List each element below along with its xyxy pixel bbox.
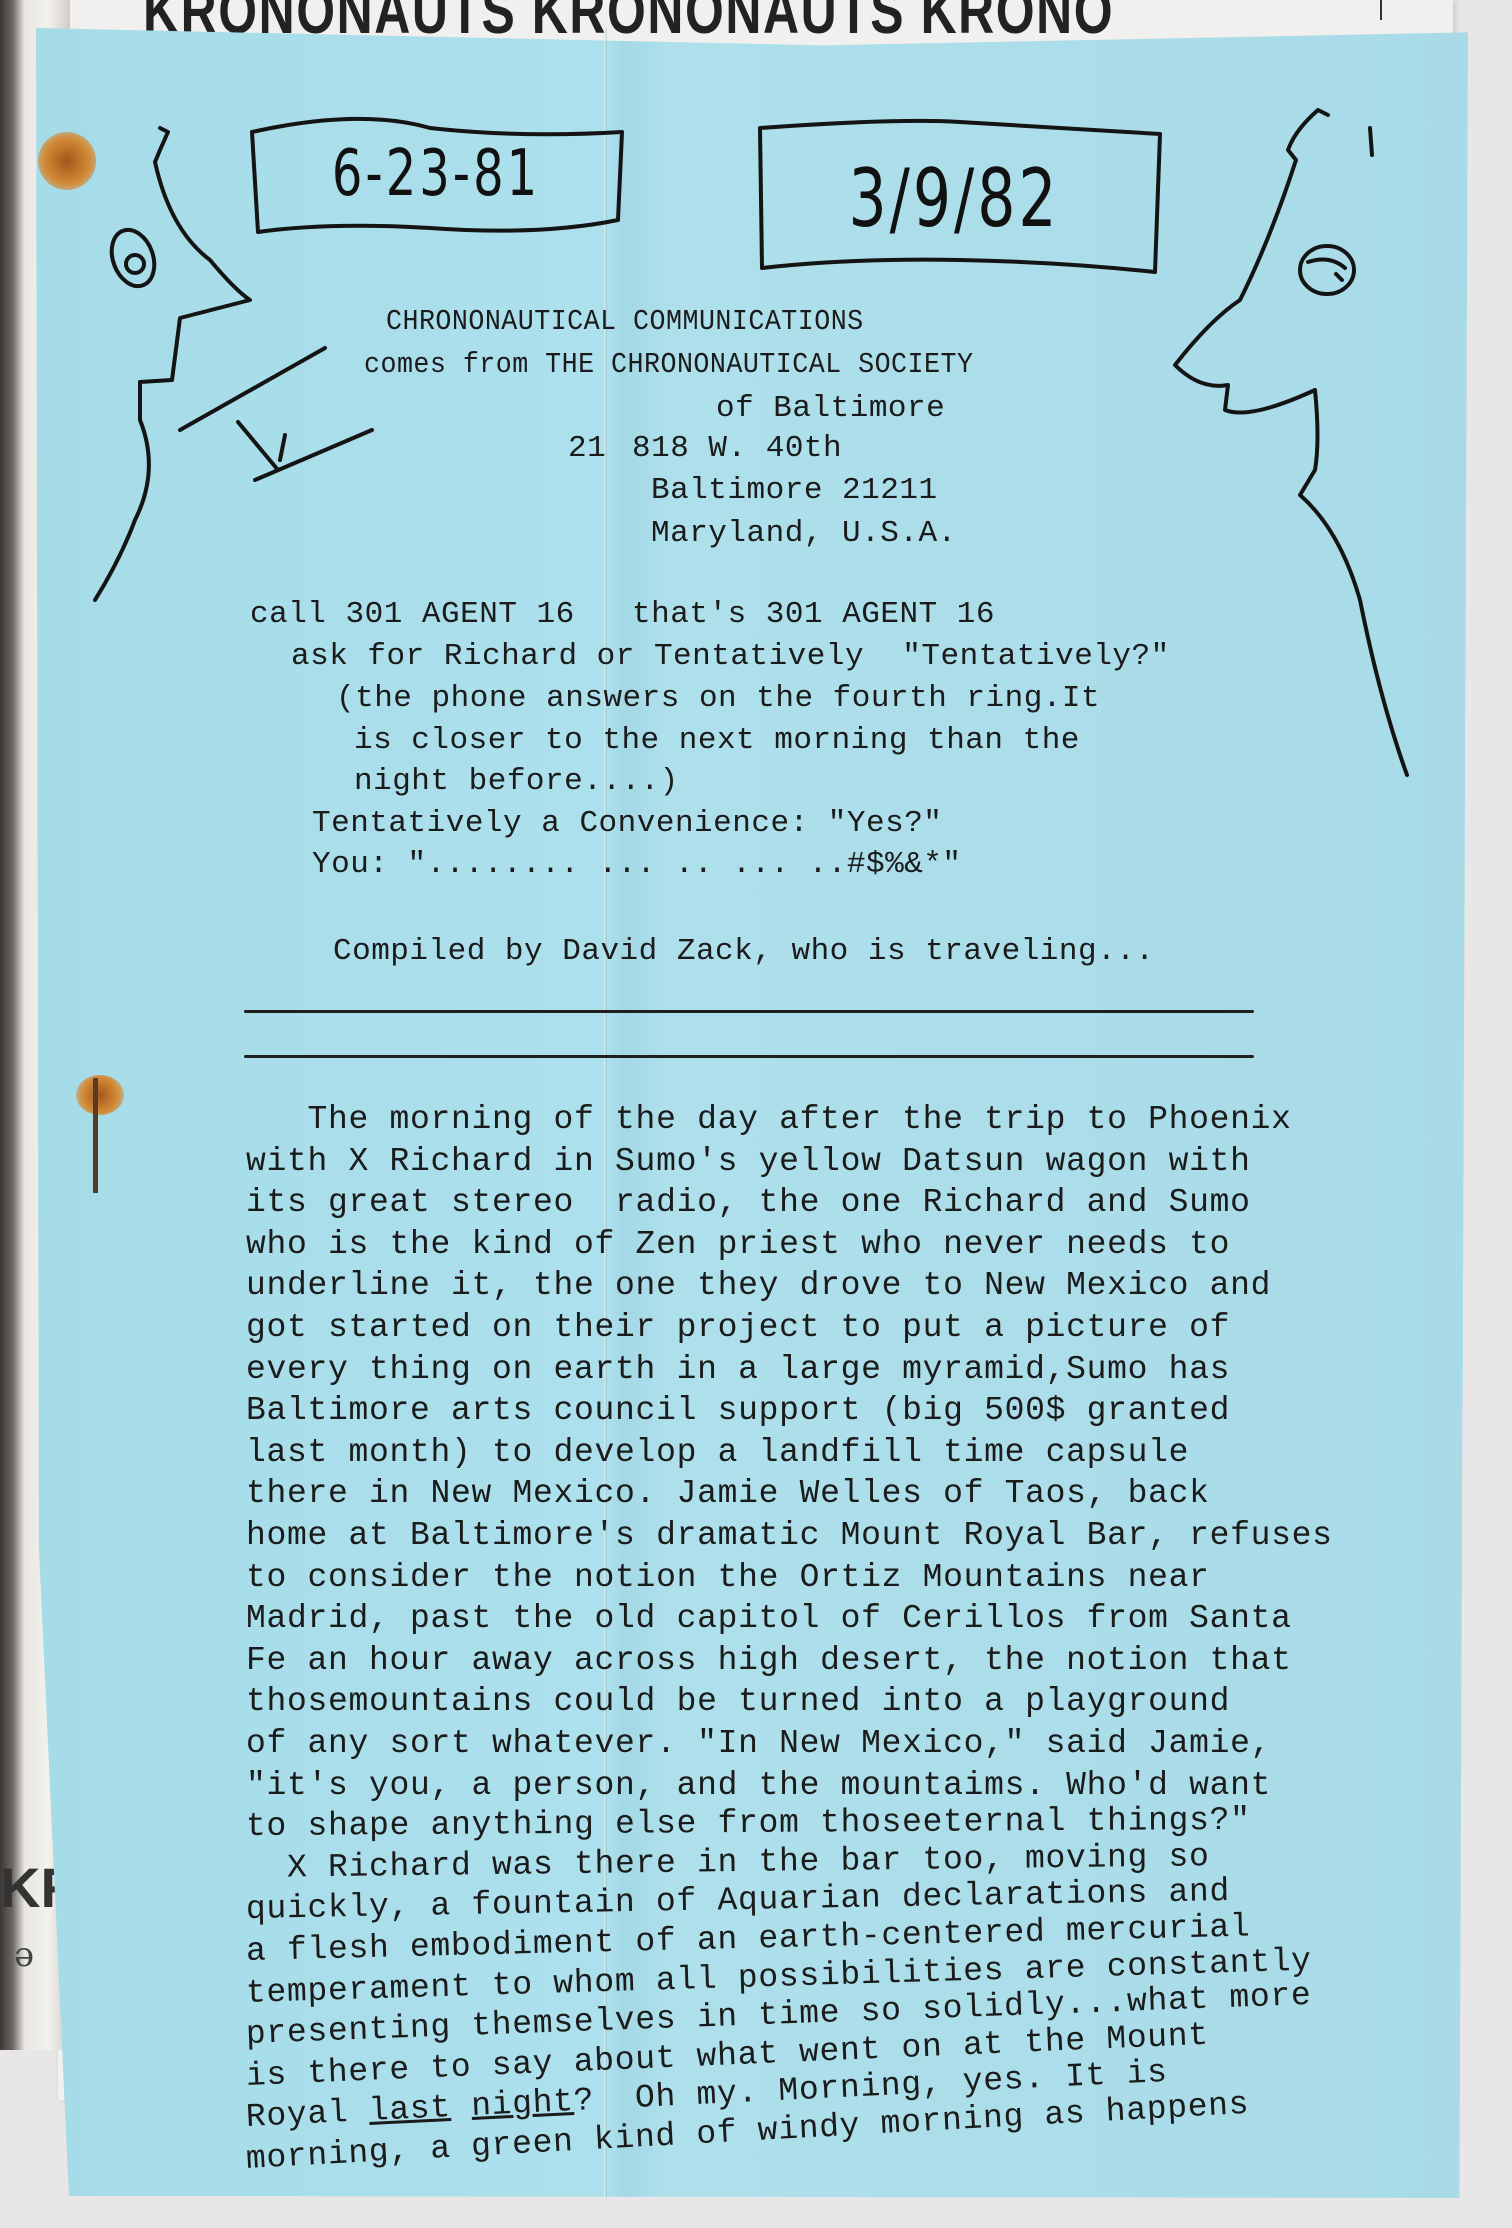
- contact-paren-line2: is closer to the next morning than the: [354, 725, 1080, 756]
- article-body-line: got started on their project to put a pi…: [246, 1311, 1230, 1344]
- article-body-line: The morning of the day after the trip to…: [246, 1103, 1292, 1136]
- rust-stain-top: [38, 132, 96, 190]
- background-sheet-rule: [1380, 0, 1382, 20]
- article-body-line: there in New Mexico. Jamie Welles of Tao…: [246, 1477, 1210, 1510]
- date-stamp-left: 6-23-81: [297, 120, 576, 228]
- article-body-line: thosemountains could be turned into a pl…: [246, 1685, 1230, 1718]
- masthead-line3: of Baltimore: [716, 393, 945, 424]
- article-body-line: who is the kind of Zen priest who never …: [246, 1228, 1230, 1261]
- article-body-line: with X Richard in Sumo's yellow Datsun w…: [246, 1145, 1251, 1178]
- article-body-line: underline it, the one they drove to New …: [246, 1269, 1271, 1302]
- underlined-word-night: night: [470, 2083, 574, 2125]
- address-struck-number: 21: [568, 433, 606, 464]
- article-body-line: Fe an hour away across high desert, the …: [246, 1644, 1292, 1677]
- article-body-line: to shape anything else from thoseeternal…: [246, 1804, 1251, 1843]
- underlined-word-last: last: [368, 2089, 452, 2130]
- article-body-line: last month) to develop a landfill time c…: [246, 1436, 1189, 1469]
- masthead-title: CHRONONAUTICAL COMMUNICATIONS: [386, 307, 864, 336]
- address-city: Baltimore 21211: [651, 475, 938, 506]
- strip-cut-glyph: ә: [14, 1935, 34, 1975]
- article-body-line: to consider the notion the Ortiz Mountai…: [246, 1561, 1210, 1594]
- contact-ask-line: ask for Richard or Tentatively "Tentativ…: [291, 641, 1170, 672]
- rust-stain-staple: [76, 1075, 124, 1115]
- article-body-line: of any sort whatever. "In New Mexico," s…: [246, 1727, 1271, 1760]
- contact-paren-line3: night before....): [354, 766, 679, 797]
- staple-mark: [93, 1078, 98, 1193]
- article-body-line: Baltimore arts council support (big 500$…: [246, 1394, 1230, 1427]
- divider-rule-2: [244, 1055, 1254, 1058]
- article-body-line: its great stereo radio, the one Richard …: [246, 1186, 1251, 1219]
- address-state: Maryland, U.S.A.: [651, 518, 957, 549]
- compiled-by-line: Compiled by David Zack, who is traveling…: [333, 936, 1154, 967]
- address-street: 818 W. 40th: [632, 433, 842, 464]
- divider-rule-1: [244, 1010, 1254, 1013]
- contact-dialog-line2: You: "........ ... .. ... ..#$%&*": [312, 849, 962, 880]
- contact-dialog-line1: Tentatively a Convenience: "Yes?": [312, 808, 942, 839]
- article-body-line: "it's you, a person, and the mountaims. …: [246, 1769, 1271, 1802]
- date-stamp-right: 3/9/82: [803, 128, 1106, 268]
- article-body-line: home at Baltimore's dramatic Mount Royal…: [246, 1519, 1333, 1552]
- contact-paren-line1: (the phone answers on the fourth ring.It: [336, 683, 1100, 714]
- contact-call-line: call 301 AGENT 16 that's 301 AGENT 16: [250, 599, 995, 630]
- article-body-line: every thing on earth in a large myramid,…: [246, 1353, 1230, 1386]
- masthead-line2: comes from THE CHRONONAUTICAL SOCIETY: [364, 350, 973, 379]
- article-body-line: Madrid, past the old capitol of Cerillos…: [246, 1602, 1292, 1635]
